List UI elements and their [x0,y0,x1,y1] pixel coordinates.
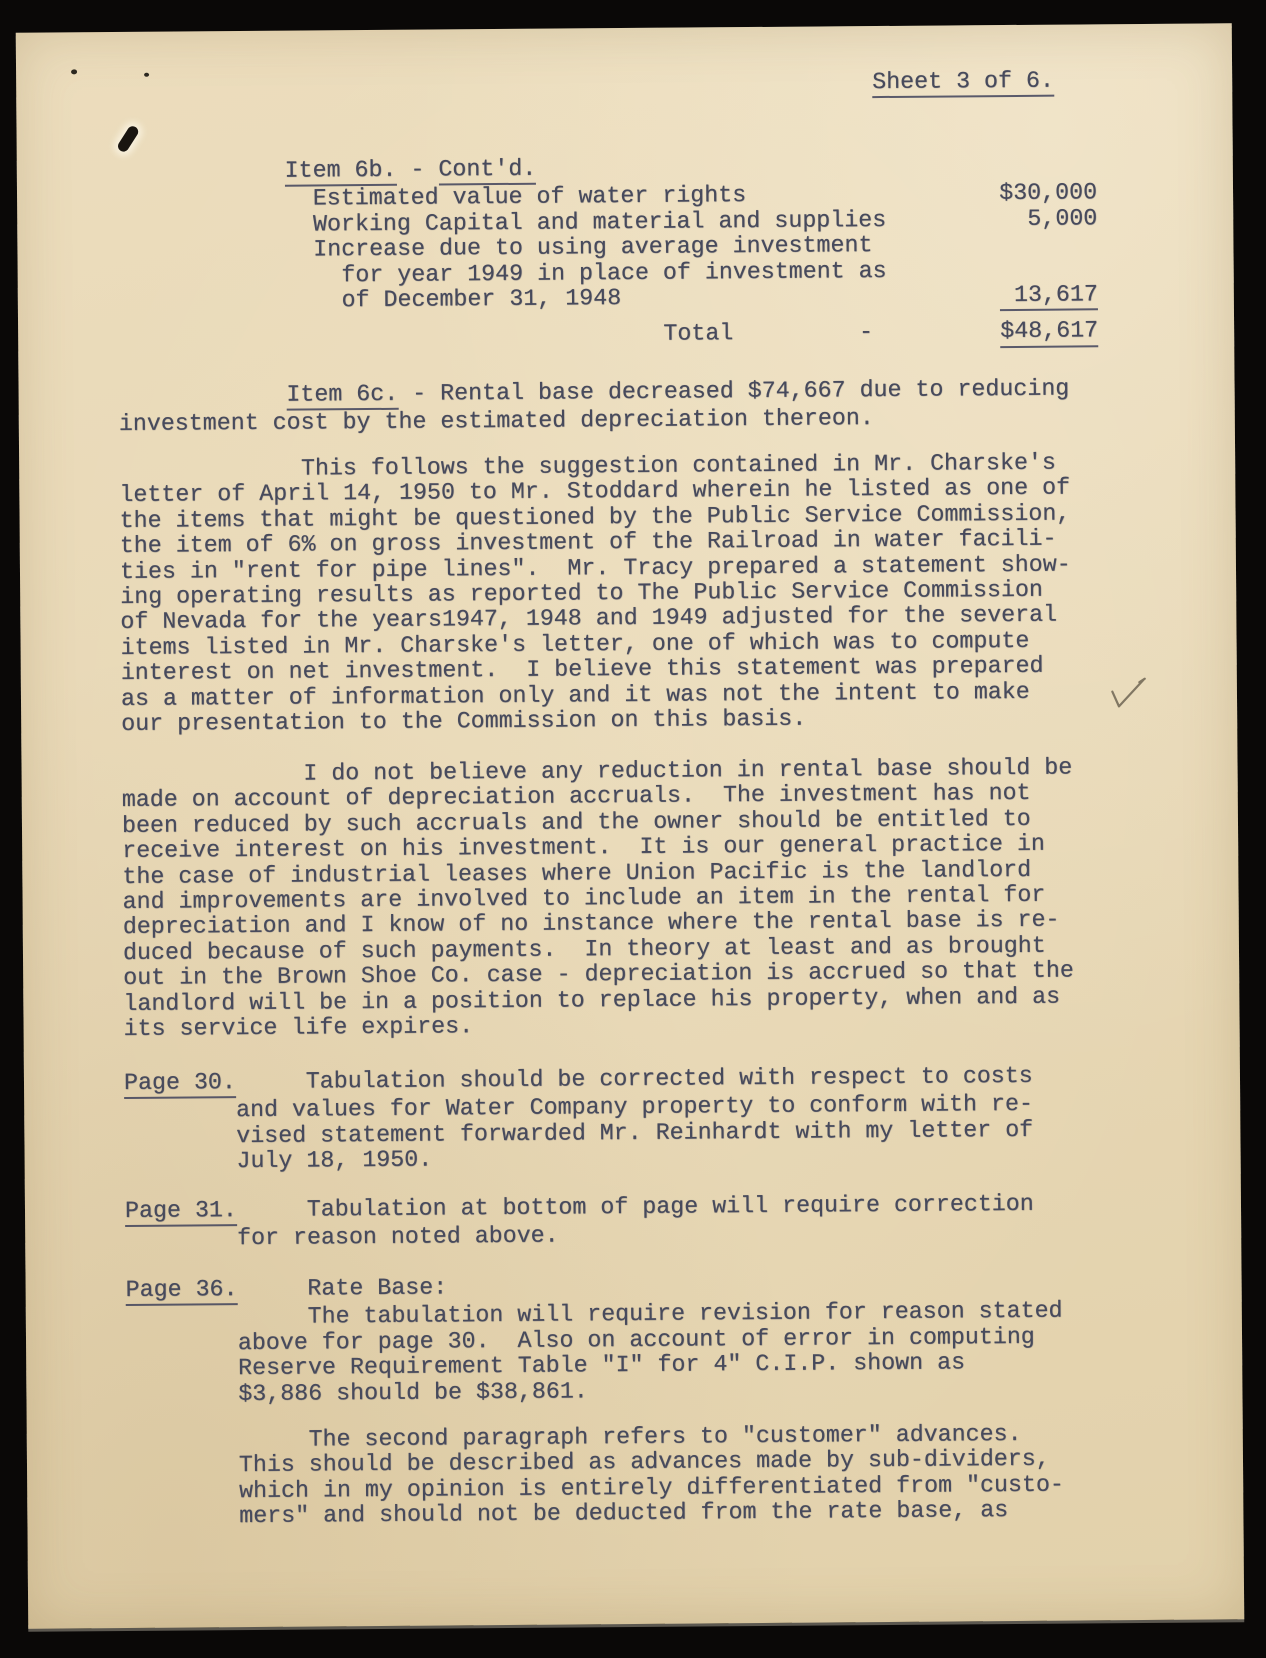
ledger-total-row: Total - $48,617 [118,319,1098,355]
scanned-document: Sheet 3 of 6. Item 6b. - Cont'd. Estimat… [0,0,1266,1658]
item-6c-second-line: investment cost by the estimated depreci… [119,405,1099,438]
item-6b-heading-separator: - [396,157,438,186]
page-31-text: Tabulation at bottom of page will requir… [307,1192,1034,1226]
paper-speck [144,73,149,77]
ledger-row-label: of December 31, 1948 [118,286,621,318]
page-36-body: The tabulation will require revision for… [126,1299,1107,1408]
item-6b-heading-item: Item 6b. [284,158,396,187]
paragraph-charske-letter: This follows the suggestion contained in… [119,450,1101,737]
item-6c-section: Item 6c. - Rental base decreased $74,667… [119,376,1099,438]
page-30-label: Page 30. [124,1070,236,1099]
page-30-note: Page 30. Tabulation should be corrected … [124,1063,1105,1175]
item-6c-label: Item 6c. [286,382,398,411]
page-36-label: Page 36. [126,1277,238,1306]
ledger-row-amount: 5,000 [999,206,1097,232]
page-30-continuation: and values for Water Company property to… [124,1092,1105,1176]
total-dash: - [859,321,873,350]
item-6b-section: Item 6b. - Cont'd. Estimated value of wa… [117,152,1099,355]
punch-hole-mark [116,124,140,154]
page-31-note: Page 31. Tabulation at bottom of page wi… [125,1191,1105,1253]
total-amount: $48,617 [1000,319,1098,348]
sheet-number-label: Sheet 3 of 6. [872,69,1054,96]
item-6c-first-line-text: - Rental base decreased $74,667 due to r… [398,377,1069,411]
typewritten-page: Sheet 3 of 6. Item 6b. - Cont'd. Estimat… [16,23,1244,1629]
page-31-label: Page 31. [125,1198,237,1227]
total-label: Total [118,322,733,355]
ledger-row-amount-underlined: 13,617 [1000,282,1098,311]
sheet-number-text: Sheet 3 of 6. [872,68,1054,98]
item-6b-heading-contd: Cont'd. [438,157,536,186]
ledger-row-amount: $30,000 [999,181,1097,207]
page-36-note: Page 36. Rate Base: The tabulation will … [126,1270,1107,1408]
paper-speck [71,69,77,74]
page-36-heading: Rate Base: [307,1275,447,1305]
paragraph-rental-base: I do not believe any reduction in rental… [121,755,1103,1042]
pencil-checkmark-icon [1103,672,1151,720]
page-31-continuation: for reason noted above. [125,1220,1105,1253]
paragraph-customer-advances: The second paragraph refers to "customer… [127,1420,1220,1530]
